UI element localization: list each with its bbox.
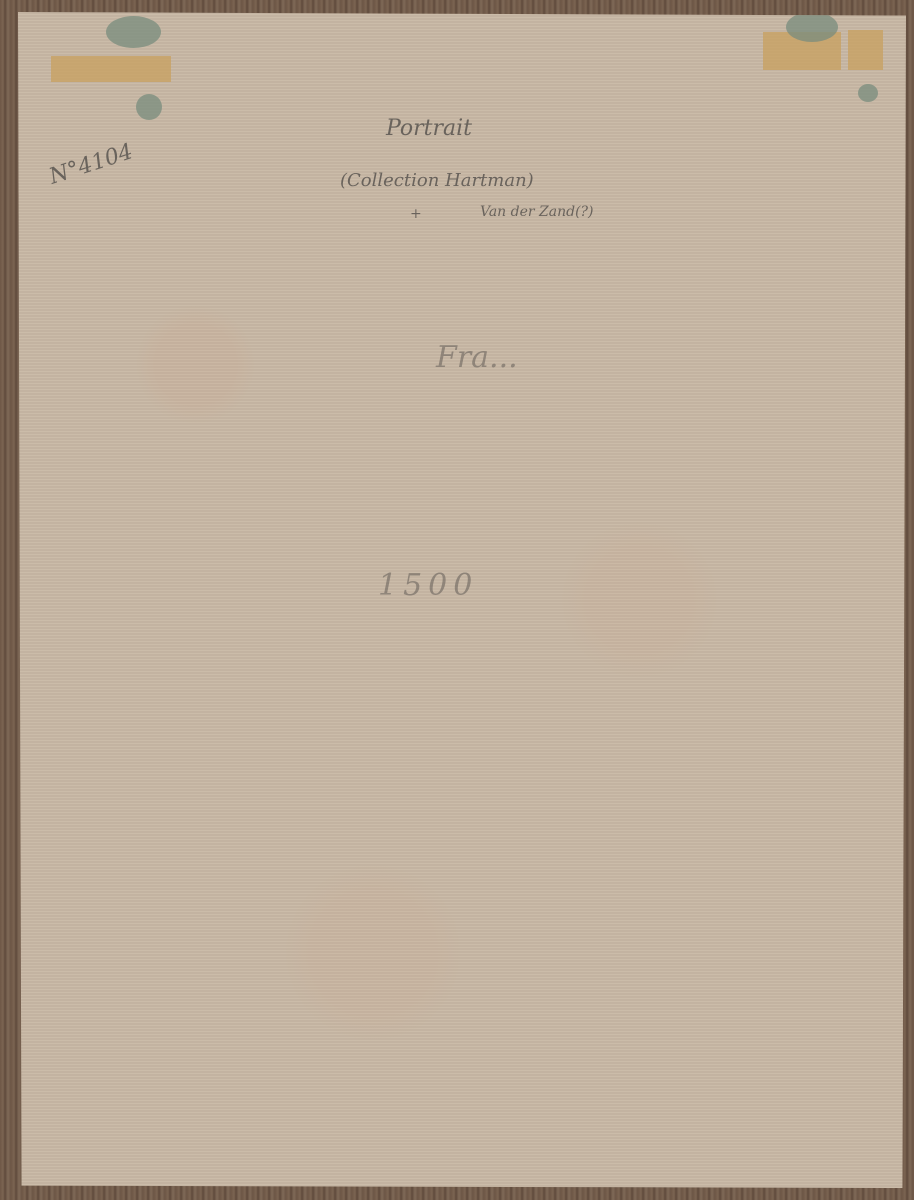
tape-top-right-2 (848, 30, 883, 70)
stain-top-right-small (858, 84, 878, 102)
handwritten-mark: + (410, 206, 422, 222)
stain-top-right (786, 12, 838, 42)
inventory-number: N°4104 (46, 139, 136, 189)
stain-top-left (106, 16, 161, 48)
stain-top-left-small (136, 94, 162, 120)
tape-top-left (51, 56, 171, 82)
handwritten-attribution: Van der Zand(?) (480, 204, 594, 220)
faint-handwriting: Fra... (436, 340, 518, 375)
handwritten-title: Portrait (386, 116, 472, 141)
paper-sheet: N°4104 Portrait (Collection Hartman) + V… (18, 12, 906, 1188)
handwritten-collection: (Collection Hartman) (340, 170, 534, 191)
handwritten-price: 1500 (378, 568, 478, 603)
